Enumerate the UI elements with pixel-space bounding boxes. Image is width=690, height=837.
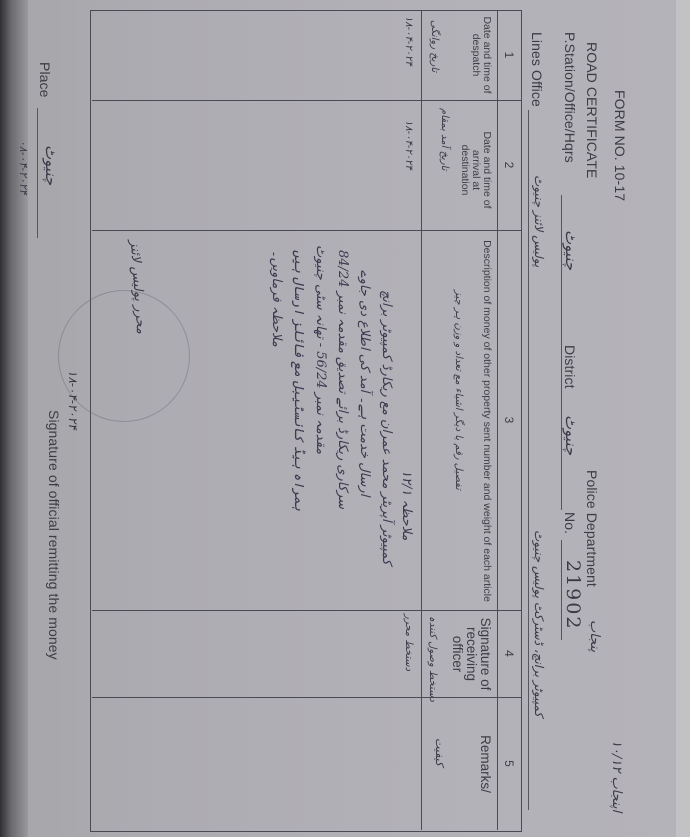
station-label: P.Station/Office/Hqrs (562, 32, 578, 163)
description-line-3[interactable]: ارسال خدمت ہے۔ آمد کی اطلاع دی جاوے (357, 270, 372, 496)
description-line-1[interactable]: ملاحظہ ۱۲/۱ (399, 470, 414, 541)
place-underline (37, 108, 38, 238)
description-line-5[interactable]: مقدمہ نمبر 56/24 - تھانہ سٹی چنیوٹ (313, 245, 328, 454)
number-row-divider (497, 10, 498, 830)
place-date: ۰۸-۰۴-۲۰۲۴ (17, 140, 30, 195)
arrival-date[interactable]: ۱۸-۰۴-۲۰۲۴ (403, 120, 414, 170)
paper-bottom-shadow (0, 0, 28, 837)
despatch-date[interactable]: ۱۸-۰۴-۲۰۲۴ (403, 16, 414, 66)
lines-office-label: Lines Office (529, 32, 545, 107)
column-header-description: Description of money of other property s… (481, 240, 492, 602)
lines-office-value[interactable]: پولیس لائنز چنیوٹ (532, 175, 546, 267)
district-value[interactable]: چنیوٹ (562, 415, 580, 455)
number-label: No. (562, 512, 578, 534)
column-number-1: 1 (502, 10, 516, 100)
paper-top-edge (676, 0, 690, 837)
description-line-6[interactable]: ہمراہ ہیڈ کانسٹیبل مع فائلز ارسال ہیں (291, 250, 306, 511)
signature-date: ۱۸-۰۴-۲۰۲۴ (66, 370, 80, 430)
header-row-divider (421, 10, 422, 830)
col-divider-4 (92, 697, 522, 698)
col-divider-2 (92, 230, 522, 231)
column-header-signature: Signature of receiving officer (450, 614, 492, 694)
header-note-despatch: تاریخ روانگی (429, 20, 440, 72)
column-number-3: 3 (502, 230, 516, 610)
lines-office-underline (528, 110, 529, 810)
place-value[interactable]: چنیوٹ (42, 145, 60, 185)
column-header-arrival: Date and time of arrival at destination (459, 130, 492, 210)
column-header-remarks: Remarks/ (478, 700, 492, 828)
col-divider-1 (92, 100, 522, 101)
road-certificate-page: FORM NO. 10-17 ROAD CERTIFICATE اپنجاب ۱… (0, 0, 690, 837)
form-number: FORM NO. 10-17 (612, 90, 628, 201)
number-value[interactable]: 21902 (562, 560, 584, 630)
header-note-description: تفصیل رقم یا دیگر اشیاء مع تعداد و وزن ہ… (453, 290, 464, 490)
station-value[interactable]: چنیوٹ (562, 230, 580, 270)
column-header-despatch: Date and time of despatch (470, 14, 492, 96)
description-line-7[interactable]: ملاحظہ فرماویں۔ (269, 250, 284, 347)
form-title: ROAD CERTIFICATE (584, 42, 600, 178)
description-line-4[interactable]: سرکاری ریکارڈ برائے تصدیق مقدمہ نمبر 84/… (335, 250, 350, 509)
column-number-2: 2 (502, 100, 516, 230)
lines-office-extra[interactable]: کمپیوٹر برانچ، ڈسٹرکٹ پولیس چنیوٹ (532, 530, 546, 717)
place-label: Place (37, 62, 53, 98)
corner-note: اپنجاب ۱۰/۱۲ (609, 740, 624, 812)
district-label: District (562, 345, 578, 389)
col-divider-3 (92, 610, 522, 611)
department-handwritten: پنجاب (587, 620, 602, 652)
header-note-remarks: کیفیت (433, 738, 446, 766)
signature-label: Signature of official remitting the mone… (46, 410, 62, 660)
header-note-signature: دستخط وصول کنندہ (427, 616, 438, 702)
header-note-arrival: تاریخ آمد بمقام (439, 108, 450, 171)
column-number-4: 4 (502, 610, 516, 697)
receiving-signature[interactable]: دستخط محرر (403, 614, 414, 671)
column-number-5: 5 (502, 697, 516, 830)
description-line-2[interactable]: کمپیوٹر آپریٹر محمد عمران مع ریکارڈ کمپی… (379, 290, 394, 565)
department-label: Police Department (584, 470, 600, 587)
